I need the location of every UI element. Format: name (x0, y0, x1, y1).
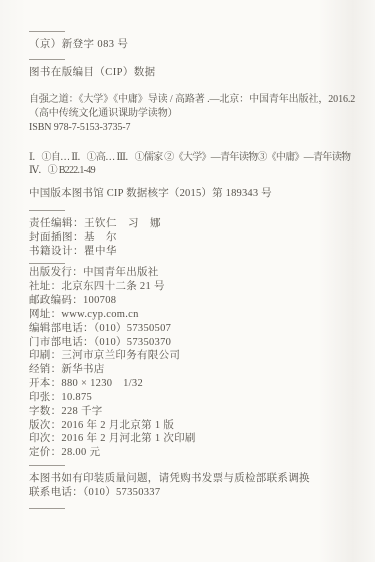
cip-classification-line2: Ⅳ．① B222.1-49 (29, 164, 350, 178)
publication-row: 字数：228 千字 (29, 405, 196, 419)
publication-value: 2016 年 2 月河北第 1 次印刷 (61, 433, 195, 444)
publication-label: 邮政编码： (29, 295, 83, 306)
credit-label: 责任编辑： (29, 218, 84, 229)
publication-row: 开本：880 × 1230 1/32 (29, 377, 196, 391)
book-colophon-page: （京）新登字 083 号 图书在版编目（CIP）数据 自强之道：《大学》《中庸》… (0, 0, 375, 562)
publication-value: 100708 (83, 295, 116, 306)
publication-label: 印次： (29, 433, 61, 444)
publication-value: 三河市京兰印务有限公司 (61, 350, 180, 361)
registration-number: （京）新登字 083 号 (29, 38, 128, 51)
publication-value: 228 千字 (61, 406, 102, 417)
publication-label: 编辑部电话： (29, 323, 94, 334)
publication-row: 出版发行：中国青年出版社 (29, 266, 196, 280)
cip-data-block: 自强之道：《大学》《中庸》导读 / 高路著 .—北京：中国青年出版社，2016.… (29, 93, 355, 134)
publication-info-block: 出版发行：中国青年出版社 社址：北京东四十二条 21 号 邮政编码：100708… (29, 266, 196, 460)
contact-phone-label: 联系电话： (29, 487, 83, 498)
publication-label: 字数： (29, 406, 61, 417)
divider-rule-credits-bottom (29, 263, 65, 264)
publication-label: 门市部电话： (29, 337, 94, 348)
publication-label: 社址： (29, 281, 61, 292)
publication-label: 网址： (29, 309, 61, 320)
publication-label: 开本： (29, 378, 61, 389)
publication-label: 出版发行： (29, 267, 83, 278)
cip-classification-line1: Ⅰ．①自… Ⅱ．①高… Ⅲ．①儒家 ②《大学》—青年读物③《中庸》—青年读物 (29, 151, 350, 165)
publication-row: 编辑部电话：（010）57350507 (29, 322, 196, 336)
publication-row: 邮政编码：100708 (29, 294, 196, 308)
publication-row: 定价：28.00 元 (29, 446, 196, 460)
divider-rule-top (29, 31, 65, 32)
credit-row: 封面插图：基 尔 (29, 231, 161, 245)
publication-row: 网址：www.cyp.com.cn (29, 308, 196, 322)
cip-classification-block: Ⅰ．①自… Ⅱ．①高… Ⅲ．①儒家 ②《大学》—青年读物③《中庸》—青年读物 Ⅳ… (29, 151, 350, 178)
credit-label: 封面插图： (29, 232, 84, 243)
publication-label: 印张： (29, 392, 61, 403)
cip-title-line: 自强之道：《大学》《中庸》导读 / 高路著 .—北京：中国青年出版社，2016.… (29, 93, 355, 107)
publication-label: 经销： (29, 364, 61, 375)
publication-row: 印次：2016 年 2 月河北第 1 次印刷 (29, 432, 196, 446)
credit-label: 书籍设计： (29, 246, 84, 257)
publication-value: 2016 年 2 月北京第 1 版 (61, 420, 174, 431)
publication-label: 定价： (29, 447, 61, 458)
publication-value: （010）57350370 (94, 337, 171, 348)
publication-label: 版次： (29, 420, 61, 431)
publication-value: 中国青年出版社 (83, 267, 159, 278)
publication-row: 印张：10.875 (29, 391, 196, 405)
publication-value: 880 × 1230 1/32 (61, 378, 143, 389)
divider-rule-bottom (29, 508, 65, 509)
credit-row: 责任编辑：王钦仁 习 娜 (29, 217, 161, 231)
contact-phone-value: （010）57350337 (83, 487, 160, 498)
quality-notice-block: 本图书如有印装质量问题，请凭购书发票与质检部联系调换 联系电话：（010）573… (29, 472, 310, 501)
publication-value: 10.875 (61, 392, 92, 403)
divider-rule-credits-top (29, 210, 65, 211)
credits-block: 责任编辑：王钦仁 习 娜 封面插图：基 尔 书籍设计：瞿中华 (29, 217, 161, 258)
publication-value: 北京东四十二条 21 号 (61, 281, 164, 292)
credit-value: 王钦仁 习 娜 (84, 218, 161, 229)
credit-row: 书籍设计：瞿中华 (29, 245, 161, 259)
publication-value: 28.00 元 (61, 447, 100, 458)
quality-notice-text: 本图书如有印装质量问题，请凭购书发票与质检部联系调换 (29, 472, 310, 487)
publication-value: 新华书店 (61, 364, 104, 375)
publication-value: www.cyp.com.cn (61, 309, 138, 320)
publication-row: 经销：新华书店 (29, 363, 196, 377)
contact-phone: 联系电话：（010）57350337 (29, 486, 310, 501)
publication-value: （010）57350507 (94, 323, 171, 334)
credit-value: 基 尔 (84, 232, 117, 243)
publication-row: 版次：2016 年 2 月北京第 1 版 (29, 419, 196, 433)
divider-rule-registration (29, 59, 65, 60)
isbn: ISBN 978-7-5153-3735-7 (29, 121, 355, 135)
publication-row: 印刷：三河市京兰印务有限公司 (29, 349, 196, 363)
divider-rule-notice-top (29, 465, 65, 466)
publication-label: 印刷： (29, 350, 61, 361)
cip-record-number: 中国版本图书馆 CIP 数据核字（2015）第 189343 号 (29, 187, 272, 201)
publication-row: 社址：北京东四十二条 21 号 (29, 280, 196, 294)
publication-row: 门市部电话：（010）57350370 (29, 336, 196, 350)
cip-series-line: （高中传统文化通识课助学读物） (29, 107, 355, 121)
cip-header: 图书在版编目（CIP）数据 (29, 66, 156, 79)
credit-value: 瞿中华 (84, 246, 117, 257)
